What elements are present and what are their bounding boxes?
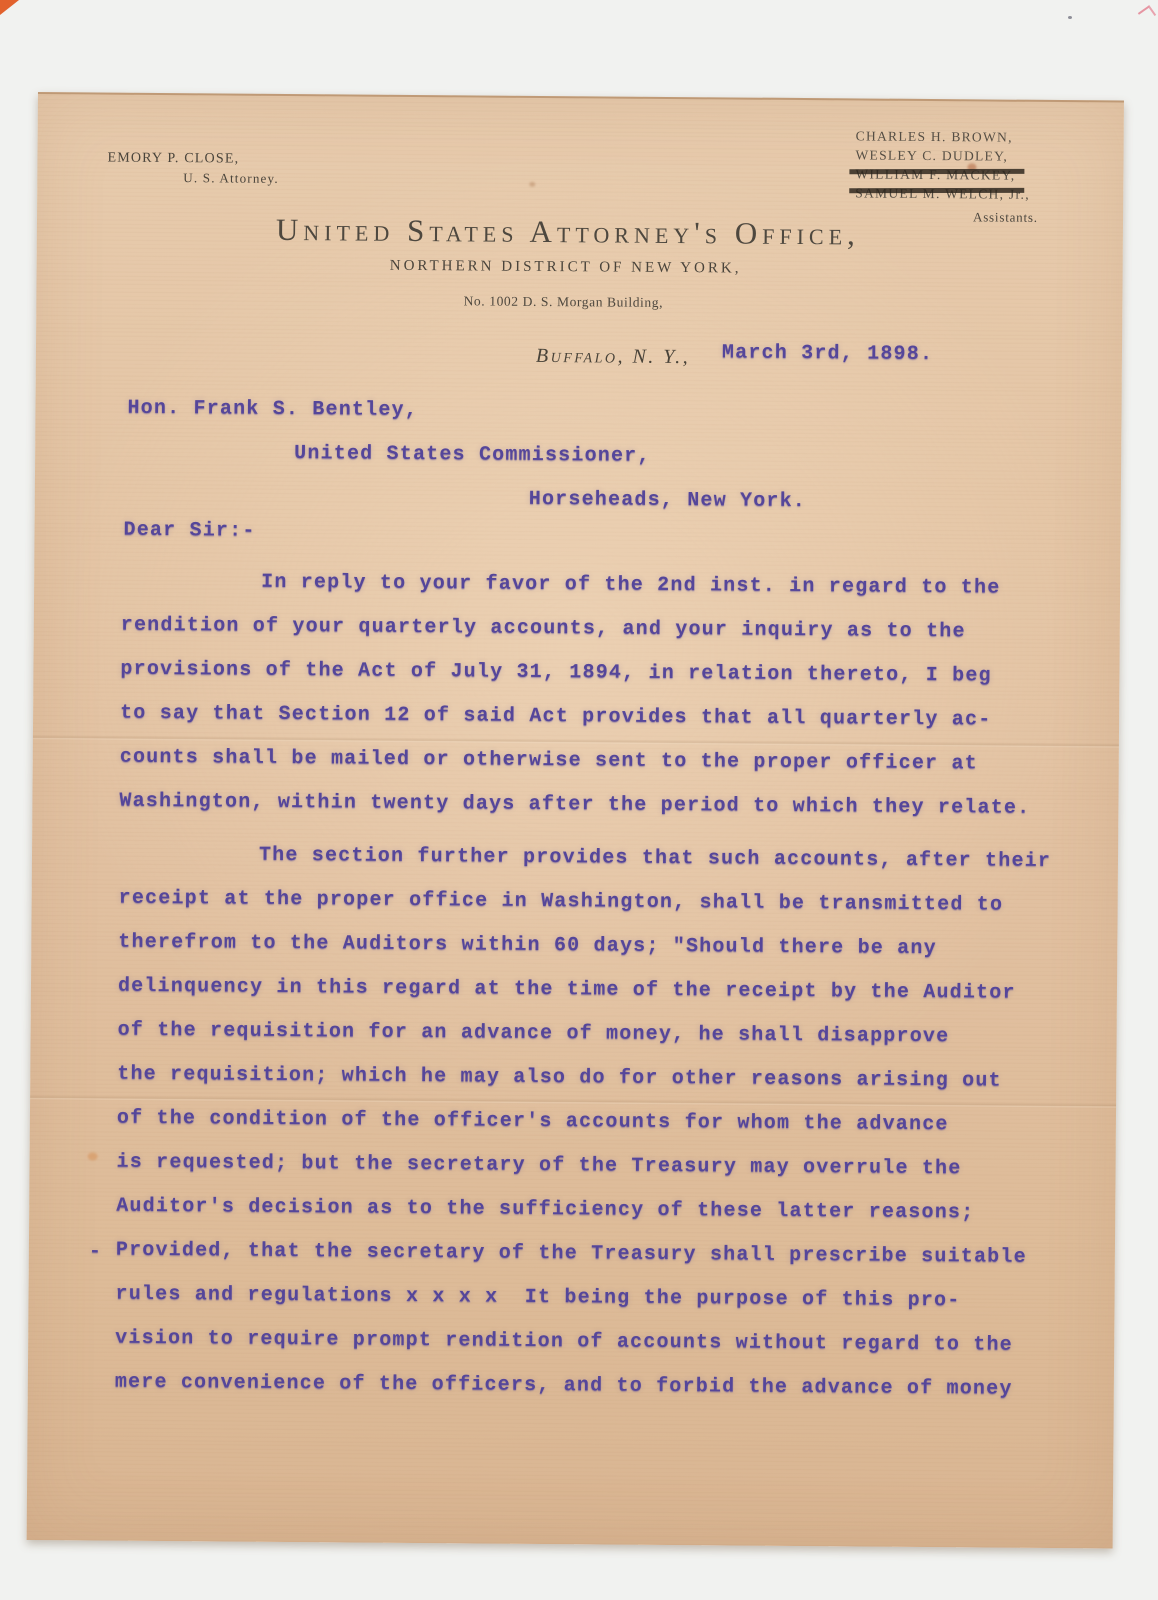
recipient-line: United States Commissioner, [294, 432, 807, 480]
place-line: Buffalo, N. Y., [536, 345, 690, 369]
assistant-name: WILLIAM F. MACKEY, [855, 164, 1038, 184]
paper-stain [88, 1152, 98, 1160]
body-line: The section further provides that such a… [119, 833, 1079, 885]
typed-date: March 3rd, 1898. [722, 341, 933, 366]
margin-mark: - [89, 1240, 102, 1263]
salutation: Dear Sir:- [123, 519, 255, 543]
assistant-names-list: CHARLES H. BROWN,WESLEY C. DUDLEY,WILLIA… [855, 126, 1038, 203]
body-line: the requisition; which he may also do fo… [117, 1053, 1077, 1105]
dust-speck [1068, 16, 1072, 19]
district-line: Northern District of New York, [23, 255, 1109, 281]
body-line: is requested; but the secretary of the T… [116, 1141, 1076, 1193]
body-line: provisions of the Act of July 31, 1894, … [120, 648, 1080, 700]
body-line: of the condition of the officer's accoun… [117, 1097, 1077, 1149]
paragraph: The section further provides that such a… [115, 833, 1079, 1413]
body-line: therefrom to the Auditors within 60 days… [118, 921, 1078, 973]
scanned-letter: EMORY P. CLOSE, U. S. Attorney. CHARLES … [0, 0, 1158, 1600]
office-title: United States Attorney's Office, [25, 210, 1111, 255]
recipient-block: Hon. Frank S. Bentley,United States Comm… [35, 386, 807, 524]
body-line: In reply to your favor of the 2nd inst. … [121, 560, 1081, 612]
body-line: rules and regulations x x x x It being t… [115, 1273, 1075, 1325]
recipient-line: Horseheads, New York. [529, 478, 807, 524]
body-line: vision to require prompt rendition of ac… [115, 1317, 1075, 1369]
letter-page: EMORY P. CLOSE, U. S. Attorney. CHARLES … [27, 92, 1124, 1548]
body-line: Provided, that the secretary of the Trea… [116, 1229, 1076, 1281]
paper-stain [529, 182, 535, 187]
body-line: of the requisition for an advance of mon… [117, 1009, 1077, 1061]
pen-scribble-mark [1138, 5, 1156, 23]
scanner-corner-mark-icon [0, 0, 19, 15]
building-address: No. 1002 D. S. Morgan Building, [20, 290, 1106, 315]
attorney-name: EMORY P. CLOSE, [107, 151, 279, 168]
body-line: counts shall be mailed or otherwise sent… [120, 736, 1080, 788]
attorney-block: EMORY P. CLOSE, U. S. Attorney. [107, 151, 279, 187]
letter-body: In reply to your favor of the 2nd inst. … [115, 560, 1082, 1413]
body-line: mere convenience of the officers, and to… [115, 1361, 1075, 1413]
assistant-name: SAMUEL M. WELCH, Jr., [855, 183, 1038, 203]
body-line: to say that Section 12 of said Act provi… [120, 692, 1080, 744]
assistants-block: CHARLES H. BROWN,WESLEY C. DUDLEY,WILLIA… [855, 126, 1039, 226]
assistant-name: CHARLES H. BROWN, [856, 126, 1039, 146]
body-line: Washington, within twenty days after the… [119, 780, 1079, 832]
paragraph: In reply to your favor of the 2nd inst. … [119, 560, 1081, 832]
recipient-line: Hon. Frank S. Bentley, [127, 387, 807, 436]
attorney-title: U. S. Attorney. [183, 170, 279, 187]
body-line: receipt at the proper office in Washingt… [118, 877, 1078, 929]
body-line: delinquency in this regard at the time o… [118, 965, 1078, 1017]
body-line: Auditor's decision as to the sufficiency… [116, 1185, 1076, 1237]
assistant-name: WESLEY C. DUDLEY, [855, 145, 1038, 165]
body-line: rendition of your quarterly accounts, an… [121, 604, 1081, 656]
